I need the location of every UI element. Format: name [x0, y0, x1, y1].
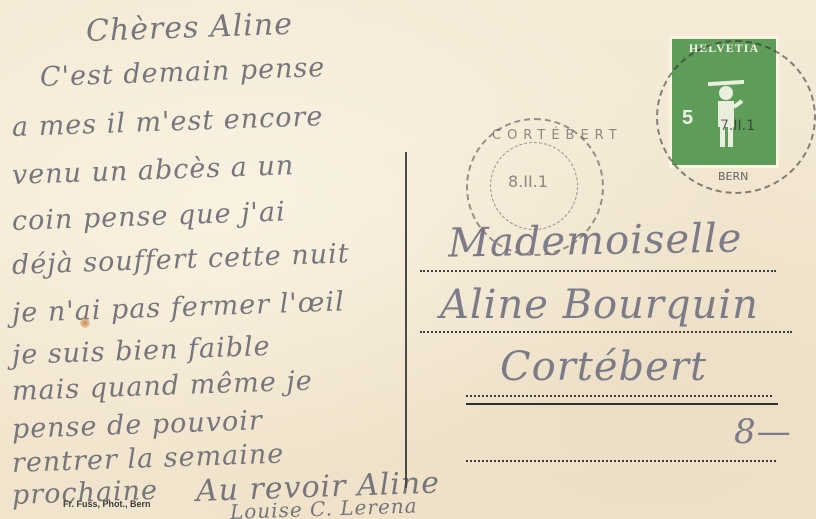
address-district: 8— — [734, 412, 792, 452]
message-line-9: pense de pouvoir — [11, 405, 263, 445]
message-line-3: venu un abcès a un — [11, 150, 294, 191]
address-underline — [466, 403, 778, 405]
receiving-postmark-date: 8.II.1 — [508, 172, 548, 191]
message-line-2: a mes il m'est encore — [11, 101, 323, 143]
greeting: Chères Aline — [85, 7, 293, 49]
address-recipient-title: Mademoiselle — [448, 215, 743, 266]
message-line-7: je suis bien faible — [11, 331, 271, 371]
publisher-imprint: Fr. Fuss, Phot., Bern — [63, 499, 151, 509]
cancellation-text: BERN — [718, 170, 748, 183]
stain — [80, 318, 90, 328]
address-line-4-rule — [466, 460, 776, 462]
address-line-1-rule — [420, 270, 776, 272]
receiving-postmark-town: CORTÉBERT — [492, 128, 623, 143]
message-line-6: je n'ai pas fermer l'œil — [11, 286, 345, 329]
center-divider — [405, 152, 407, 488]
message-line-4: coin pense que j'ai — [11, 196, 286, 237]
address-recipient-name: Aline Bourquin — [440, 282, 759, 328]
message-line-5: déjà souffert cette nuit — [11, 238, 350, 281]
message-line-1: C'est demain pense — [39, 52, 325, 93]
address-line-2-rule — [420, 331, 792, 333]
address-line-3-rule — [466, 395, 772, 397]
postcard-back: Chères Aline C'est demain pense a mes il… — [0, 0, 816, 519]
message-line-8: mais quand même je — [11, 366, 313, 407]
stamp-cancellation: 7.II.1 BERN — [656, 40, 816, 194]
address-town: Cortébert — [500, 344, 707, 390]
cancellation-date: 7.II.1 — [720, 118, 755, 134]
